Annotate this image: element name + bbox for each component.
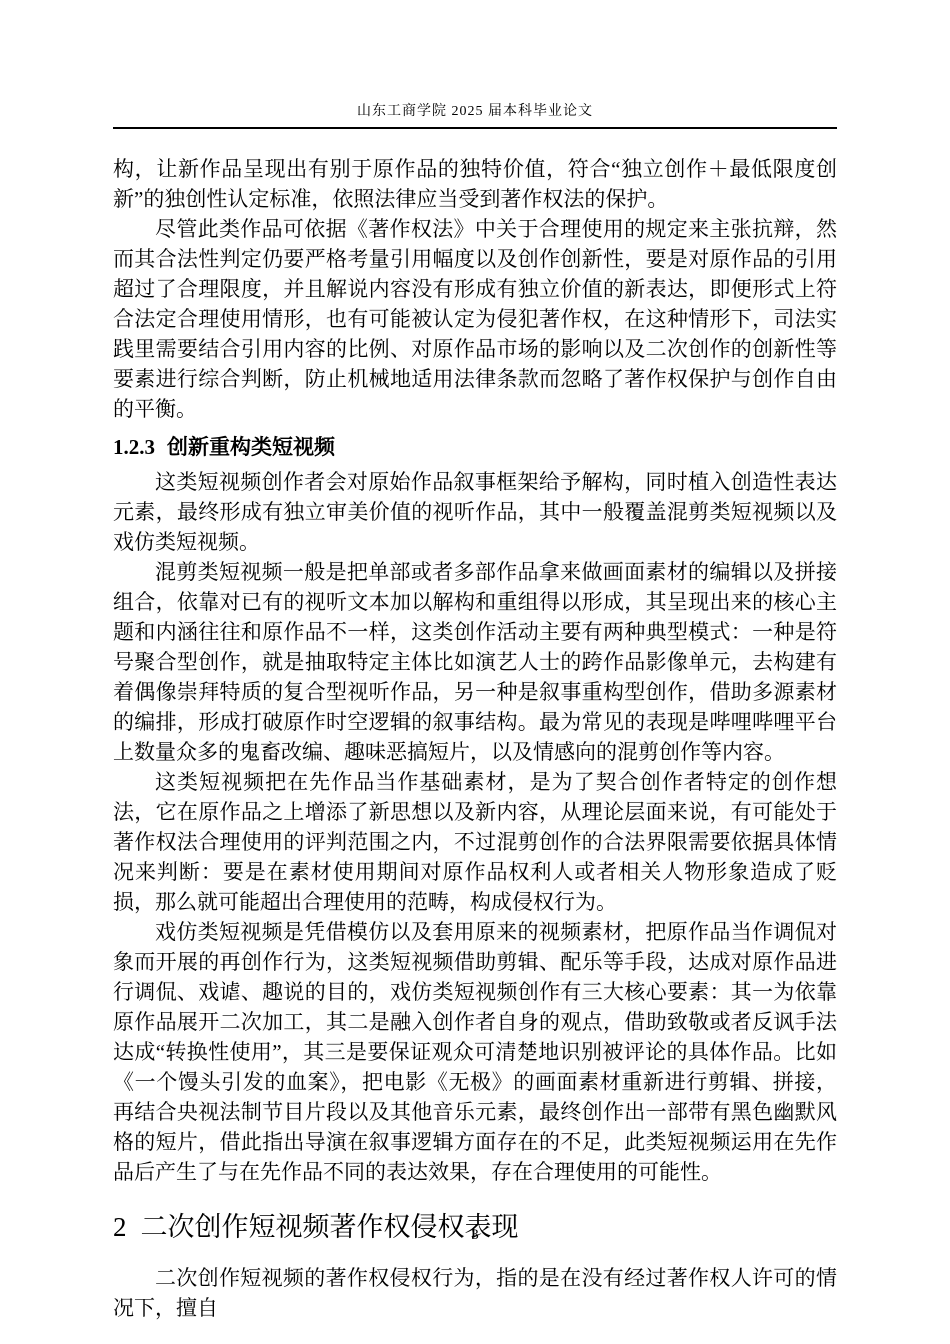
body-paragraph: 混剪类短视频一般是把单部或者多部作品拿来做画面素材的编辑以及拼接组合，依靠对已有…: [113, 557, 837, 767]
body-paragraph: 二次创作短视频的著作权侵权行为，指的是在没有经过著作权人许可的情况下，擅自: [113, 1263, 837, 1323]
body-paragraph-continuation: 构，让新作品呈现出有别于原作品的独特价值，符合“独立创作＋最低限度创新”的独创性…: [113, 154, 837, 214]
page-number: 3: [0, 1227, 950, 1244]
header-title: 山东工商学院 2025 届本科毕业论文: [357, 104, 593, 119]
body-paragraph: 这类短视频把在先作品当作基础素材，是为了契合创作者特定的创作想法，它在原作品之上…: [113, 767, 837, 917]
page-body: 构，让新作品呈现出有别于原作品的独特价值，符合“独立创作＋最低限度创新”的独创性…: [113, 154, 837, 1323]
body-paragraph: 尽管此类作品可依据《著作权法》中关于合理使用的规定来主张抗辩，然而其合法性判定仍…: [113, 214, 837, 424]
page-header: 山东工商学院 2025 届本科毕业论文: [113, 100, 837, 129]
body-paragraph: 这类短视频创作者会对原始作品叙事框架给予解构，同时植入创造性表达元素，最终形成有…: [113, 467, 837, 557]
body-paragraph: 戏仿类短视频是凭借模仿以及套用原来的视频素材，把原作品当作调侃对象而开展的再创作…: [113, 917, 837, 1187]
subsection-title: 创新重构类短视频: [167, 436, 335, 459]
subsection-number: 1.2.3: [113, 435, 155, 459]
subsection-heading-1-2-3: 1.2.3创新重构类短视频: [113, 432, 837, 463]
thesis-page: 山东工商学院 2025 届本科毕业论文 构，让新作品呈现出有别于原作品的独特价值…: [0, 0, 950, 1344]
